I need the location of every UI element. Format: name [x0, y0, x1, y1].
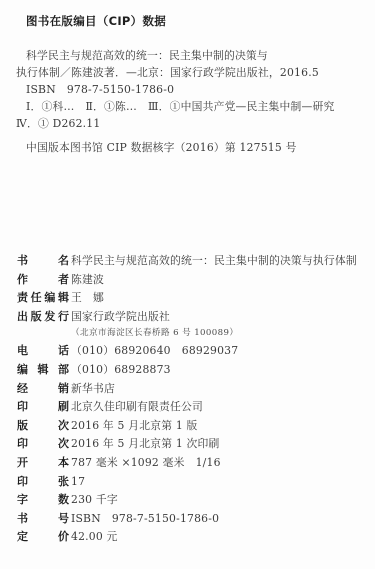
info-value-author: 陈建波: [71, 272, 104, 287]
info-value-editorial-dept: （010）68928873: [71, 362, 171, 377]
info-row-isbn: 书号 ISBN 978-7-5150-1786-0: [17, 510, 367, 529]
info-label: 书号: [17, 510, 69, 526]
info-label: 出版发行: [17, 308, 69, 324]
info-label: 印刷: [17, 398, 69, 414]
info-value-edition: 2016 年 5 月北京第 1 版: [71, 418, 198, 433]
info-row-printing: 印次 2016 年 5 月北京第 1 次印刷: [17, 435, 367, 454]
info-value-price: 42.00 元: [71, 529, 118, 544]
info-row-word-count: 字数 230 千字: [17, 491, 367, 510]
info-value-publisher: 国家行政学院出版社: [71, 309, 170, 324]
info-label: 印张: [17, 473, 69, 489]
cip-line-isbn: ISBN 978-7-5150-1786-0: [26, 82, 174, 97]
book-info-table: 书名 科学民主与规范高效的统一：民主集中制的决策与执行体制 作者 陈建波 责任编…: [17, 252, 367, 547]
info-row-title: 书名 科学民主与规范高效的统一：民主集中制的决策与执行体制: [17, 252, 367, 271]
info-row-sheets: 印张 17: [17, 473, 367, 492]
info-label: 字数: [17, 491, 69, 507]
cip-title: 图书在版编目（CIP）数据: [26, 13, 166, 29]
info-label: 经销: [17, 380, 69, 396]
cip-line-title-1: 科学民主与规范高效的统一：民主集中制的决策与: [26, 48, 268, 63]
info-value-printer: 北京久佳印刷有限责任公司: [71, 399, 203, 414]
info-row-author: 作者 陈建波: [17, 271, 367, 290]
info-value-title: 科学民主与规范高效的统一：民主集中制的决策与执行体制: [71, 253, 357, 268]
info-value-word-count: 230 千字: [71, 492, 118, 507]
info-label: 书名: [17, 252, 69, 268]
info-row-editorial-dept: 编辑部 （010）68928873: [17, 361, 367, 380]
info-label: 定价: [17, 528, 69, 544]
info-row-phone: 电话 （010）68920640 68929037: [17, 342, 367, 361]
info-value-printing: 2016 年 5 月北京第 1 次印刷: [71, 436, 220, 451]
cip-line-classification: Ⅳ．① D262.11: [16, 116, 100, 131]
info-row-format: 开本 787 毫米 ×1092 毫米 1/16: [17, 454, 367, 473]
cip-line-title-2: 执行体制／陈建波著．—北京：国家行政学院出版社，2016.5: [16, 65, 319, 80]
info-label: 编辑部: [17, 361, 69, 377]
info-row-edition: 版次 2016 年 5 月北京第 1 版: [17, 417, 367, 436]
cip-line-subjects: Ⅰ．①科… Ⅱ．①陈… Ⅲ．①中国共产党—民主集中制—研究: [26, 99, 335, 114]
info-value-editor: 王 娜: [71, 290, 104, 305]
info-label: 开本: [17, 454, 69, 470]
info-value-isbn: ISBN 978-7-5150-1786-0: [71, 511, 219, 526]
info-label: 作者: [17, 271, 69, 287]
info-value-phone: （010）68920640 68929037: [71, 343, 238, 358]
info-row-editor: 责任编辑 王 娜: [17, 289, 367, 308]
info-row-printer: 印刷 北京久佳印刷有限责任公司: [17, 398, 367, 417]
info-row-distributor: 经销 新华书店: [17, 380, 367, 399]
info-value-sheets: 17: [71, 475, 85, 488]
publisher-address: （北京市海淀区长春桥路 6 号 100089）: [17, 326, 367, 342]
info-label: 版次: [17, 417, 69, 433]
info-row-publisher: 出版发行 国家行政学院出版社: [17, 308, 367, 327]
info-value-format: 787 毫米 ×1092 毫米 1/16: [71, 455, 221, 470]
info-label: 印次: [17, 435, 69, 451]
info-value-distributor: 新华书店: [71, 381, 115, 396]
info-label: 责任编辑: [17, 289, 69, 305]
info-label: 电话: [17, 342, 69, 358]
cip-line-record-number: 中国版本图书馆 CIP 数据核字（2016）第 127515 号: [26, 140, 297, 155]
info-row-price: 定价 42.00 元: [17, 528, 367, 547]
